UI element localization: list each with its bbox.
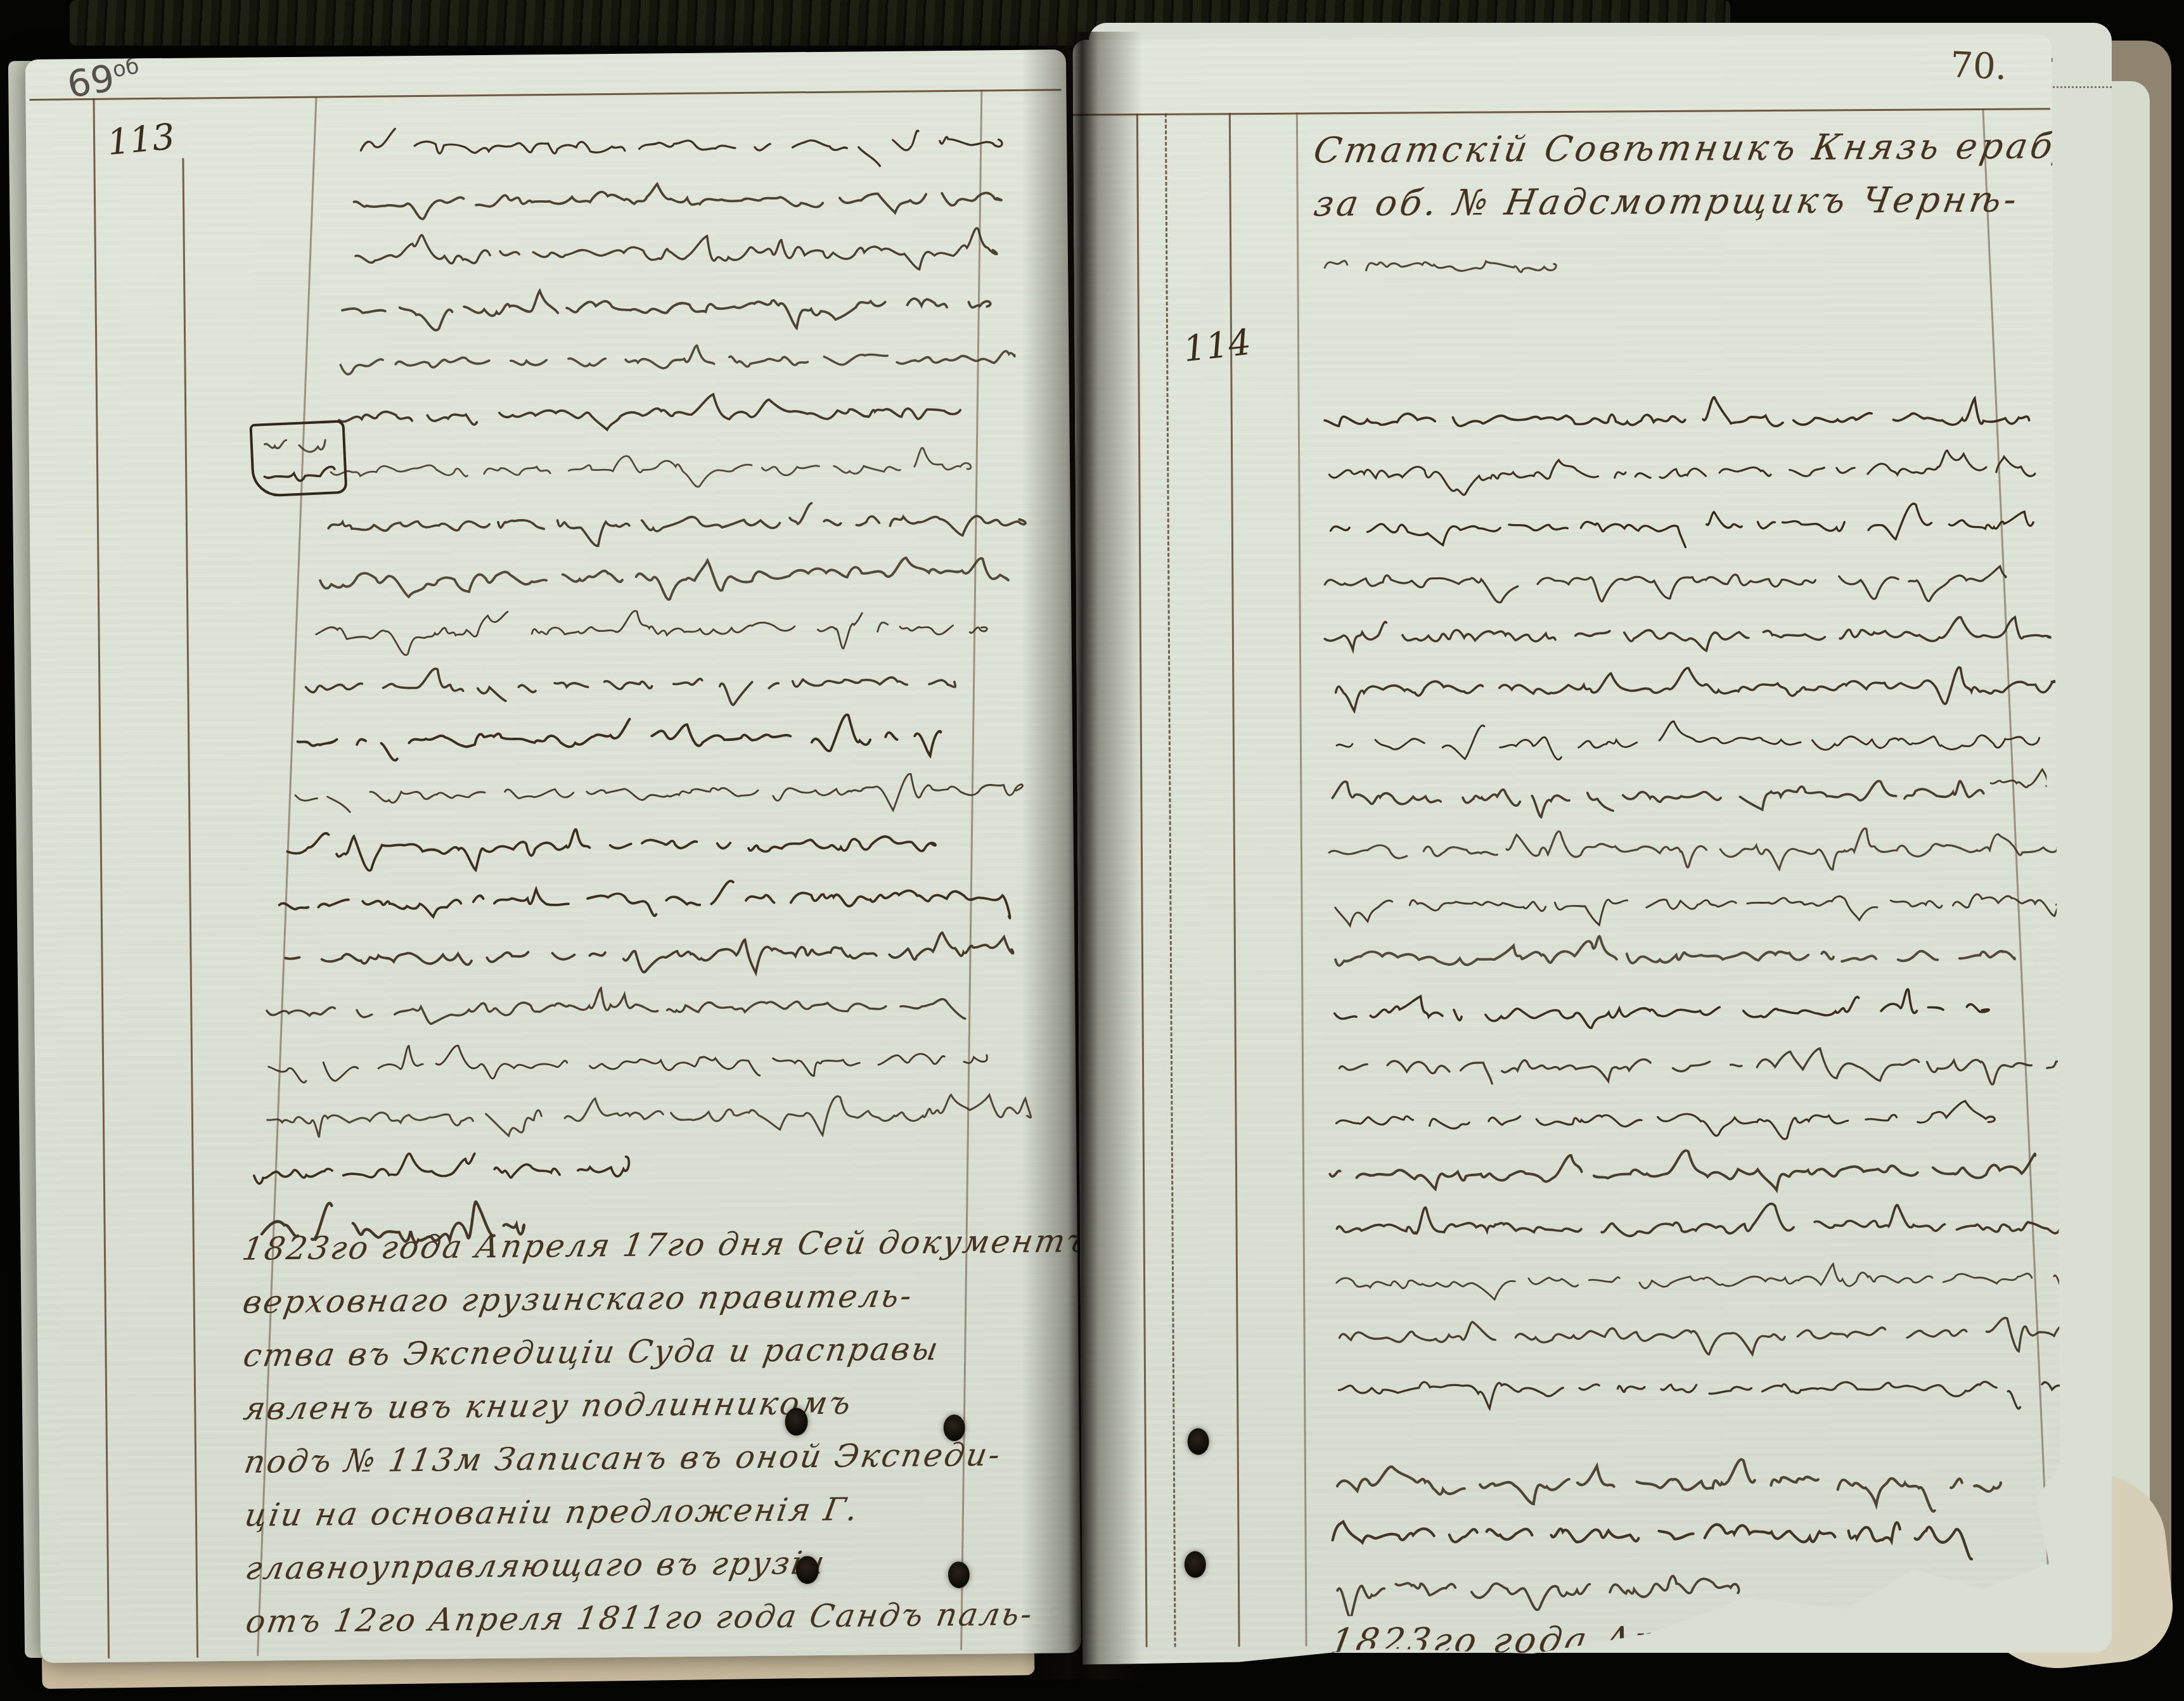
russian-header-line: за об. № Надсмотрщикъ Чернѣ- [1310, 173, 2062, 231]
russian-note-line: 1823го года Апреля 17го дня Сей документ… [238, 1214, 1071, 1276]
right-margin-note-squiggle [1983, 762, 2046, 799]
sewing-hole [1188, 1428, 1209, 1454]
right-text-separator-rule [1296, 113, 1307, 1646]
sewing-hole [785, 1408, 807, 1435]
left-margin-rule-1 [93, 98, 110, 1659]
left-entry-number: 113 [105, 116, 177, 164]
ink-stamp-box [249, 420, 347, 498]
russian-note-line: главноуправляющаго въ грузіи [241, 1534, 1074, 1595]
right-header-rule [1073, 108, 2050, 115]
russian-note-line: ціи на основаніи предложенія Г. [241, 1480, 1074, 1542]
left-folio-suffix: об [111, 53, 141, 82]
right-margin-rule-1 [1136, 113, 1148, 1647]
russian-note-line: ства въ Экспедиціи Суда и расправы [240, 1321, 1072, 1382]
sewing-hole [948, 1562, 970, 1588]
russian-note-line: отъ 12го Апреля 1811го года Сандъ паль- [242, 1587, 1075, 1648]
right-russian-header: Статскій Совѣтникъ Князь ерабуковъ и за … [1314, 120, 2062, 231]
left-georgian-text-block [241, 113, 1053, 1198]
sewing-hole [943, 1415, 965, 1441]
sewing-hole [1185, 1551, 1206, 1578]
left-folio-value: 69 [64, 56, 117, 106]
right-page: 70. Статскій Совѣтникъ Князь ерабуковъ и… [1072, 34, 2062, 1676]
right-header-georgian-note [1318, 241, 1590, 287]
sewing-hole [796, 1556, 819, 1584]
left-margin-rule-2 [182, 158, 198, 1658]
right-margin-rule-dashed [1165, 113, 1176, 1647]
left-page: 69об 113 1823го года Апреля 17го дня Сей… [25, 49, 1081, 1663]
stamp-box-inscription [257, 425, 337, 489]
book-spread-photo: 41. 69об 113 1823го года Апреля 17го дня… [0, 0, 2184, 1701]
right-folio-number: 70. [1950, 44, 2008, 88]
russian-header-line: Статскій Совѣтникъ Князь ерабуковъ и [1309, 120, 2062, 177]
left-header-rule [29, 89, 1061, 101]
russian-note-line: верховнаго грузинскаго правитель- [239, 1268, 1072, 1329]
right-entry-number: 114 [1181, 322, 1253, 370]
right-georgian-text-block [1322, 387, 2062, 1415]
